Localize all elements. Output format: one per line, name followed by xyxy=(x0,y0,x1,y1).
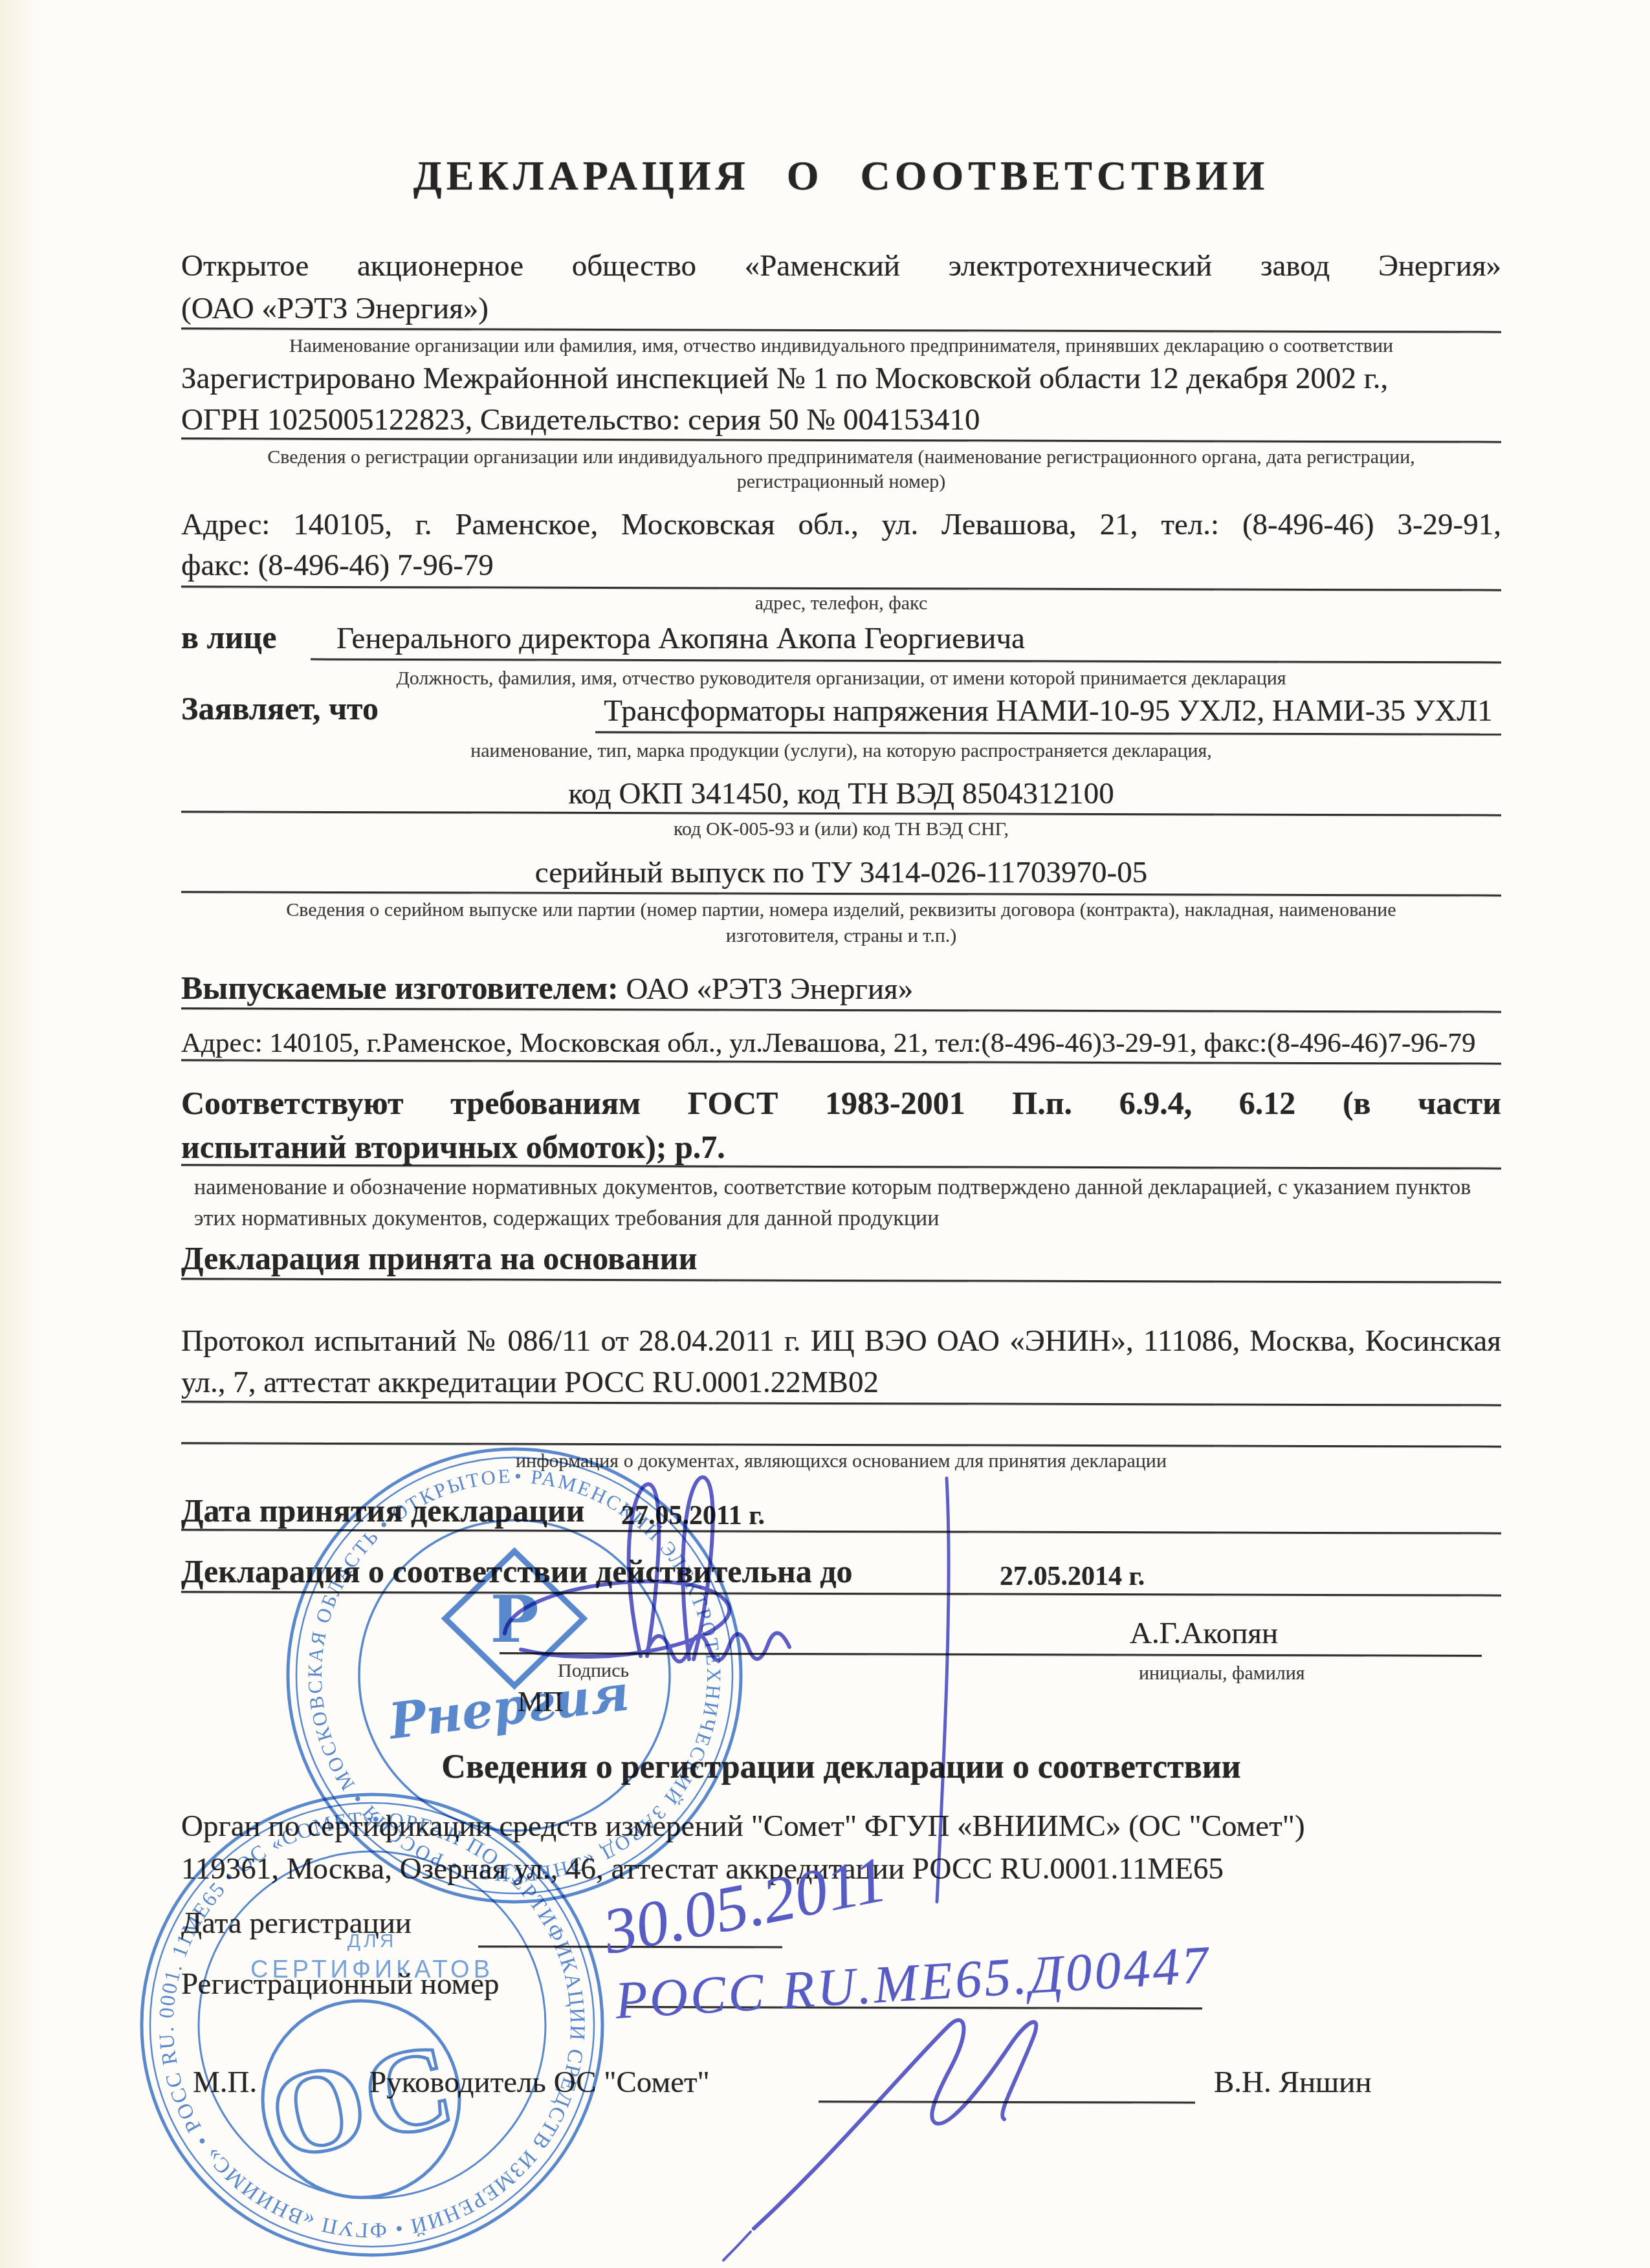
codes-value: код ОКП 341450, код ТН ВЭД 8504312100 xyxy=(181,775,1501,812)
declarant-name-line2: (ОАО «РЭТЗ Энергия») xyxy=(181,290,1501,327)
conformity-line2: испытаний вторичных обмоток); р.7. xyxy=(181,1128,1501,1166)
representative-caption: Должность, фамилия, имя, отчество руково… xyxy=(181,666,1501,691)
somet-stamp-dlya: ДЛЯ xyxy=(347,1930,397,1952)
serial-value: серийный выпуск по ТУ 3414-026-11703970-… xyxy=(181,854,1501,891)
rule-representative xyxy=(311,659,1501,664)
basis-line1: Протокол испытаний № 086/11 от 28.04.201… xyxy=(181,1322,1501,1360)
valid-until-date: 27.05.2014 г. xyxy=(1000,1558,1145,1595)
registration-caption-line1: Сведения о регистрации организации или и… xyxy=(181,445,1501,470)
manufacturer-value: ОАО «РЭТЗ Энергия» xyxy=(619,972,913,1006)
representative-value: Генерального директора Акопяна Акопа Гео… xyxy=(336,620,1025,657)
registration-line2: ОГРН 1025005122823, Свидетельство: серия… xyxy=(181,401,1501,439)
rule-manufacturer xyxy=(181,1007,1501,1012)
rule-address xyxy=(181,585,1501,591)
address-caption: адрес, телефон, факс xyxy=(181,591,1501,616)
manufacturer-address: Адрес: 140105, г.Раменское, Московская о… xyxy=(181,1025,1501,1062)
declares-caption: наименование, тип, марка продукции (услу… xyxy=(181,739,1501,763)
rule-serial xyxy=(181,891,1501,896)
declares-value: Трансформаторы напряжения НАМИ-10-95 УХЛ… xyxy=(595,692,1501,730)
representative-label: в лице xyxy=(181,618,276,656)
conformity-line1: Соответствуют требованиям ГОСТ 1983-2001… xyxy=(181,1084,1501,1122)
declares-label: Заявляет, что xyxy=(181,690,379,727)
conformity-caption-line1: наименование и обозначение нормативных д… xyxy=(194,1172,1514,1203)
conformity-caption-line2: этих нормативных документов, содержащих … xyxy=(194,1203,1514,1234)
basis-heading: Декларация принята на основании xyxy=(181,1239,1501,1277)
address-line1: Адрес: 140105, г. Раменское, Московская … xyxy=(181,506,1501,543)
scanned-declaration-document: ДЕКЛАРАЦИЯ О СООТВЕТСТВИИ Открытое акцио… xyxy=(0,0,1650,2268)
declarant-caption: Наименование организации или фамилия, им… xyxy=(181,334,1501,358)
rule-declares xyxy=(595,731,1501,736)
rule-basis-1 xyxy=(181,1401,1501,1406)
somet-stamp-monogram: ОС xyxy=(259,2018,464,2185)
serial-caption-line1: Сведения о серийном выпуске или партии (… xyxy=(181,898,1501,922)
manufacturer-label: Выпускаемые изготовителем: xyxy=(181,970,619,1006)
somet-stamp-sertifikatov: СЕРТИФИКАТОВ xyxy=(250,1956,494,1983)
head-signature-ink xyxy=(712,1992,1197,2264)
basis-line2: ул., 7, аттестат аккредитации РОСС RU.00… xyxy=(181,1364,1501,1401)
rule-declarant xyxy=(181,327,1501,333)
signatory-name: А.Г.Акопян xyxy=(1130,1615,1278,1652)
manufacturer-line: Выпускаемые изготовителем: ОАО «РЭТЗ Эне… xyxy=(181,969,1501,1008)
declarant-name-line1: Открытое акционерное общество «Раменский… xyxy=(181,247,1501,285)
registration-line1: Зарегистрировано Межрайонной инспекцией … xyxy=(181,360,1501,397)
registration-caption-line2: регистрационный номер) xyxy=(181,470,1501,494)
footer-head-name: В.Н. Яншин xyxy=(1214,2064,1372,2101)
address-line2: факс: (8-496-46) 7-96-79 xyxy=(181,547,1501,584)
document-title: ДЕКЛАРАЦИЯ О СООТВЕТСТВИИ xyxy=(181,152,1501,200)
serial-caption-line2: изготовителя, страны и т.п.) xyxy=(181,924,1501,948)
rule-basis-heading xyxy=(181,1278,1501,1283)
codes-caption: код ОК-005-93 и (или) код ТН ВЭД СНГ, xyxy=(181,817,1501,842)
signature-initials-caption: инициалы, фамилия xyxy=(1139,1661,1305,1686)
director-signature-ink xyxy=(453,1443,1003,1934)
